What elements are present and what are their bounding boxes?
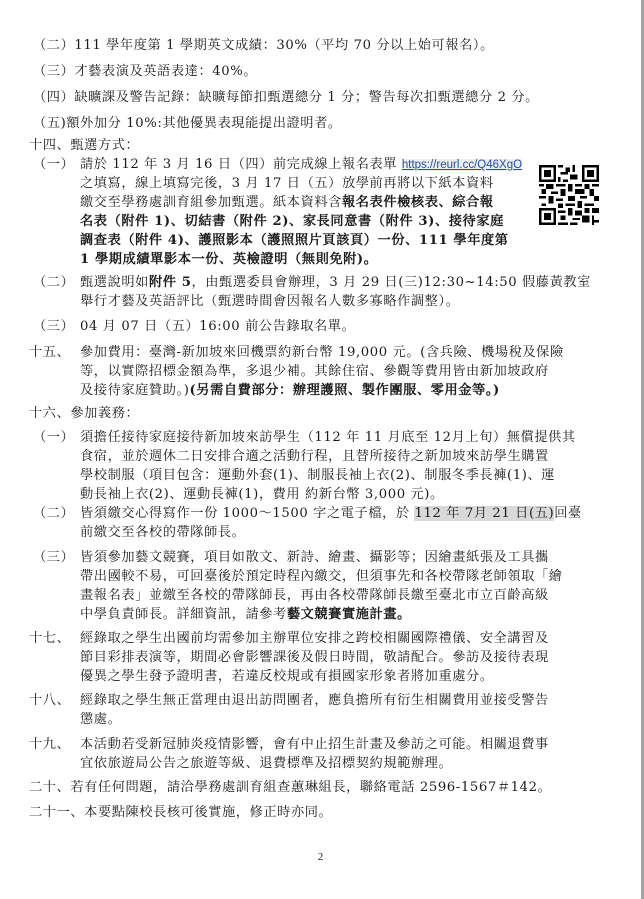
highlighted-deadline: 112 年 7月 21 日(五) (414, 506, 554, 521)
criteria-item-2: （二）111 學年度第 1 學期英文成績：30%（平均 70 分以上始可報名）。 (33, 37, 494, 55)
qr-code-icon (539, 163, 599, 227)
section-14-1-line-3-text: 繳交至學務處訓育組參加甄選。紙本資料含 (80, 195, 342, 210)
section-14-1-line-5: 調查表（附件 4)、護照影本（護照照片頁該頁）一份、111 學年度第 (80, 232, 509, 250)
section-14-2-line-2: 舉行才藝及英語評比（甄選時間會因報名人數多寡略作調整）。 (80, 293, 459, 311)
section-14-1-label: （一） (33, 156, 74, 174)
section-14-2-label: （二） (33, 274, 74, 292)
section-16-3-line-4: 中學負責師長。詳細資訊，請參考藝文競賽實施計畫。 (80, 606, 411, 624)
section-16-2-label: （二） (33, 505, 74, 523)
section-16-1-line-4: 動長袖上衣(2)、運動長褲(1)，費用 約新台幣 3,000 元)。 (80, 486, 444, 504)
section-17-line-3: 優異之學生發予證明書，若違反校規或有損國家形象者將加重處分。 (80, 668, 494, 686)
section-17-line-2: 節目彩排表演等，期間必會影響課後及假日時間，敬請配合。參訪及接待表現 (80, 649, 549, 667)
section-16-1-label: （一） (33, 429, 74, 447)
section-19-label: 十九、 (29, 736, 70, 754)
section-16-1-line-2: 食宿，並於週休二日安排合適之活動行程，且替所接待之新加坡來訪學生購置 (80, 448, 549, 466)
section-14-3-text: 04 月 07 日（五）16:00 前公告錄取名單。 (80, 318, 355, 336)
section-16-2-line-2: 前繳交至各校的帶隊師長。 (80, 524, 245, 542)
section-14-2-line-1-rest: ，由甄選委員會辦理，3 月 29 日(三)12:30~14:50 假藤黃教室 (191, 275, 590, 290)
section-16-3-line-1: 皆須參加藝文競賽，項目如散文、新詩、繪畫、攝影等；因繪畫紙張及工具攜 (80, 549, 549, 567)
section-18-label: 十八、 (29, 692, 70, 710)
section-14-3-label: （三） (33, 318, 74, 336)
section-18-line-1: 經錄取之學生無正當理由退出訪問團者，應負擔所有衍生相關費用並接受警告 (80, 692, 549, 710)
arts-competition-plan-ref: 藝文競賽實施計畫。 (287, 607, 411, 622)
criteria-item-4: （四）缺曠課及警告記錄：缺曠每節扣甄選總分 1 分；警告每次扣甄選總分 2 分。 (33, 89, 539, 107)
criteria-item-5: （五)額外加分 10%:其他優異表現能提出證明者。 (33, 115, 342, 133)
section-16-1-line-1: 須擔任接待家庭接待新加坡來訪學生（112 年 11 月底至 12月上旬）無償提供… (80, 429, 576, 447)
section-19-line-2: 宜依旅遊局公告之旅遊等級、退費標準及招標契約規範辦理。 (80, 755, 452, 773)
page-number: 2 (0, 851, 641, 863)
section-16-2-line-1-text: 皆須繳交心得寫作一份 1000～1500 字之電子檔，於 (80, 506, 414, 521)
section-20-text: 二十、若有任何問題，請洽學務處訓育組查蕙琳組長，聯絡電話 2596-1567＃1… (29, 779, 551, 797)
section-16-2-line-1-rest: 回臺 (554, 506, 582, 521)
section-17-label: 十七、 (29, 630, 70, 648)
section-14-1-line-1: 請於 112 年 3 月 16 日（四）前完成線上報名表單 https://re… (80, 156, 522, 174)
registration-form-link[interactable]: https://reurl.cc/Q46XgO (402, 159, 522, 171)
section-14-1-line-2: 之填寫，線上填寫完後，3 月 17 日（五）放學前再將以下紙本資料 (80, 175, 494, 193)
section-14-1-line-3-bold: 報名表件檢核表、綜合報 (342, 195, 494, 210)
section-19-line-1: 本活動若受新冠肺炎疫情影響，會有中止招生計畫及參訪之可能。相關退費事 (80, 736, 549, 754)
section-16-3-line-3: 畫報名表」並繳至各校的帶隊師長，再由各校帶隊師長繳至臺北市立百齡高級 (80, 587, 549, 605)
section-15-line-3-text: 及接待家庭贊助。) (80, 383, 189, 398)
section-17-line-1: 經錄取之學生出國前均需參加主辦單位安排之跨校相關國際禮儀、安全講習及 (80, 630, 549, 648)
section-15-label: 十五、 (29, 344, 70, 362)
section-16-3-line-2: 帶出國較不易，可回臺後於預定時程內繳交，但須事先和各校帶隊老師領取「繪 (80, 568, 563, 586)
section-15-line-2: 等，以實際招標金額為準，多退少補。其餘住宿、參觀等費用皆由新加坡政府 (80, 363, 549, 381)
section-18-line-2: 懲處。 (80, 711, 121, 729)
section-16-3-label: （三） (33, 549, 74, 567)
section-16-1-line-3: 學校制服（項目包含：運動外套(1)、制服長袖上衣(2)、制服冬季長褲(1)、運 (80, 467, 555, 485)
section-14-1-line-3: 繳交至學務處訓育組參加甄選。紙本資料含報名表件檢核表、綜合報 (80, 194, 494, 212)
section-14-2-line-1: 甄選說明如附件 5，由甄選委員會辦理，3 月 29 日(三)12:30~14:5… (80, 274, 591, 292)
section-14-heading: 十四、甄選方式： (29, 137, 139, 155)
section-15-line-3: 及接待家庭贊助。)(另需自費部分：辦理護照、製作團服、零用金等。) (80, 382, 500, 400)
section-14-1-line-1-text: 請於 112 年 3 月 16 日（四）前完成線上報名表單 (80, 157, 402, 172)
criteria-item-3: （三）才藝表演及英語表達：40%。 (33, 63, 257, 81)
section-16-heading: 十六、參加義務： (29, 405, 139, 423)
section-16-3-line-4-text: 中學負責師長。詳細資訊，請參考 (80, 607, 287, 622)
document-page: （二）111 學年度第 1 學期英文成績：30%（平均 70 分以上始可報名）。… (0, 0, 641, 899)
self-paid-note: (另需自費部分：辦理護照、製作團服、零用金等。) (189, 383, 499, 398)
section-14-1-line-4: 名表（附件 1)、切結書（附件 2)、家長同意書（附件 3)、接待家庭 (80, 213, 504, 231)
attachment-5-ref: 附件 5 (149, 275, 192, 290)
section-15-line-1: 參加費用：臺灣-新加坡來回機票約新台幣 19,000 元。(含兵險、機場稅及保險 (80, 344, 564, 362)
section-14-2-line-1-text: 甄選說明如 (80, 275, 149, 290)
section-16-2-line-1: 皆須繳交心得寫作一份 1000～1500 字之電子檔，於 112 年 7月 21… (80, 505, 582, 523)
section-21-text: 二十一、本要點陳校長核可後實施，修正時亦同。 (29, 804, 332, 822)
section-14-1-line-6: 1 學期成績單影本一份、英檢證明（無則免附)。 (80, 251, 378, 269)
